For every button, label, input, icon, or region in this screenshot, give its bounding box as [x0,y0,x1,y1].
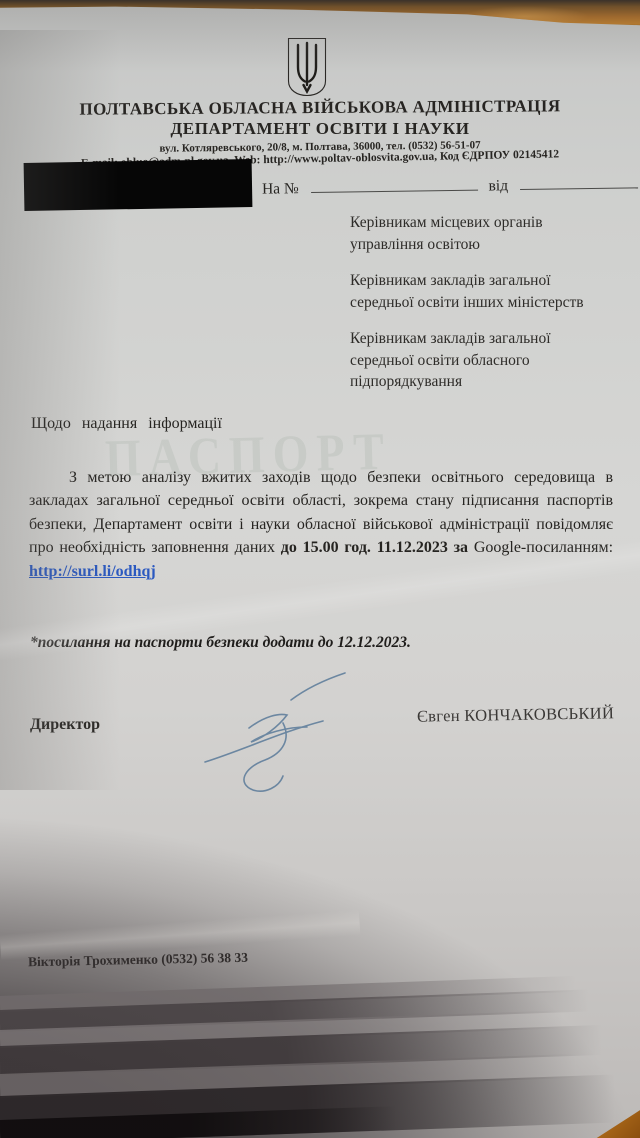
org-name-line1: ПОЛТАВСЬКА ОБЛАСНА ВІЙСЬКОВА АДМІНІСТРАЦ… [0,96,640,120]
signer-title: Директор [30,716,100,734]
reference-line: На № від [262,171,638,198]
survey-link[interactable]: http://surl.li/odhqj [29,563,156,580]
reference-number-blank [311,174,479,193]
redaction-box [24,159,253,211]
signer-name: Євген КОНЧАКОВСЬКИЙ [417,703,614,726]
paper-stack-edge [0,988,640,1032]
recipient-line: середньої освіти інших міністерств [350,292,610,314]
ukraine-trident-icon [287,37,327,97]
subject-line: Щодо надання інформації [31,415,222,433]
recipient-line: Керівникам закладів загальної [350,270,610,292]
body-deadline-bold: до 15.00 год. 11.12.2023 за [281,539,468,556]
paper-stack-edge [0,1074,640,1138]
executor-contact: Вікторія Трохименко (0532) 56 38 33 [28,950,248,971]
recipient-block-1: Керівникам місцевих органів управління о… [350,212,610,255]
desk-wood-top-edge [0,0,640,30]
reference-vid-label: від [488,177,508,195]
body-paragraph: З метою аналізу вжитих заходів щодо безп… [29,466,613,583]
paper-stack-edge [0,1052,640,1098]
reference-na-label: На № [262,180,299,199]
recipient-line: середньої освіти обласного [350,350,610,372]
paper-stack-edge [0,1024,640,1076]
recipient-line: Керівникам місцевих органів [350,212,610,234]
paper-stack-edge [0,1098,640,1138]
letter-photo: ПОЛТАВСЬКА ОБЛАСНА ВІЙСЬКОВА АДМІНІСТРАЦ… [0,0,640,1138]
reference-date-blank [520,171,638,190]
org-name-line2: ДЕПАРТАМЕНТ ОСВІТИ І НАУКИ [0,119,640,139]
desk-wood-bottom-corner [594,1104,640,1138]
body-link-intro: Google-посиланням: [474,539,613,556]
paper-stack-edge [0,1008,640,1048]
footnote-line: *посилання на паспорти безпеки додати до… [30,634,411,652]
recipient-block-3: Керівникам закладів загальної середньої … [350,328,610,393]
recipient-block-2: Керівникам закладів загальної середньої … [350,270,610,313]
pen-signature [193,664,361,799]
recipient-line: підпорядкування [350,371,610,393]
recipient-line: Керівникам закладів загальної [350,328,610,350]
recipient-line: управління освітою [350,234,610,256]
paper-stack-edge [0,974,640,1012]
